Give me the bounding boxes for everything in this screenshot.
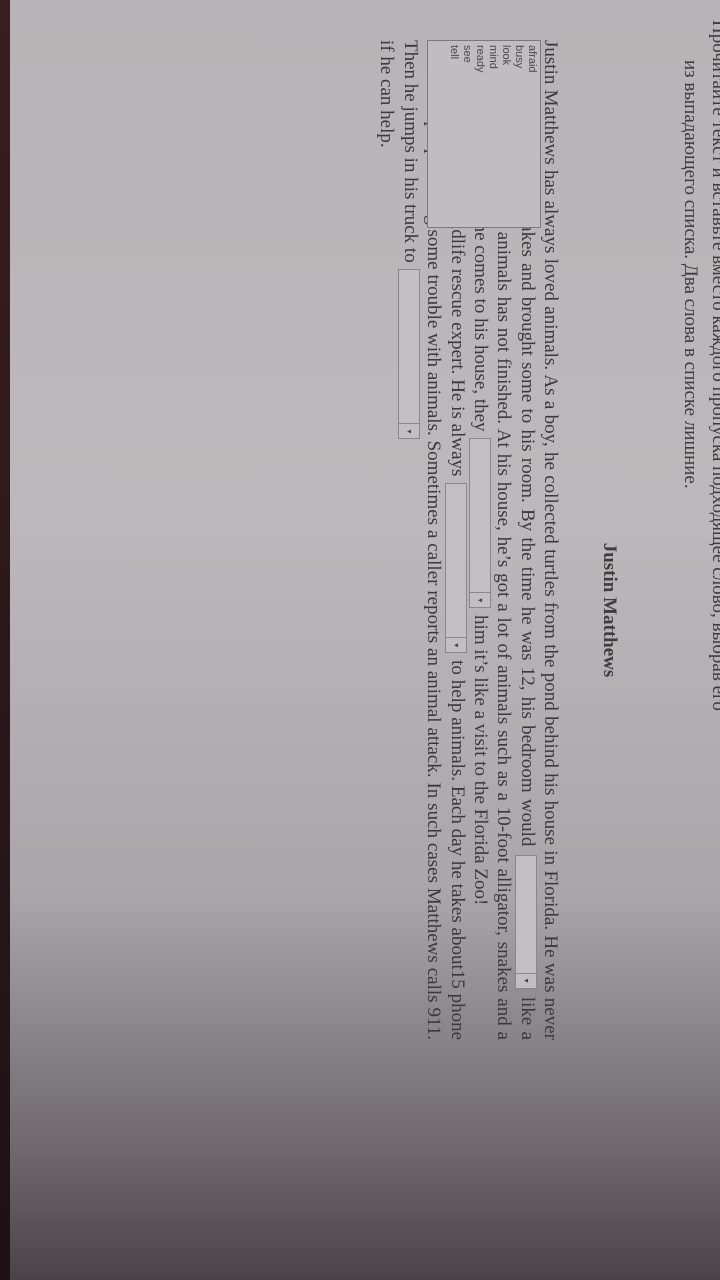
instructions-line-2: из выпадающего списка. Два слова в списк… [676, 60, 704, 1260]
gap-4-select[interactable]: ▾ [445, 483, 467, 653]
chevron-down-icon[interactable]: ▾ [399, 423, 419, 438]
dropdown-option[interactable]: see [460, 45, 473, 223]
dropdown-option[interactable]: look [499, 45, 512, 223]
exercise-page: Прочитайте текст и вставьте вместо каждо… [10, 0, 720, 1280]
gap-3-select[interactable]: ▾ [469, 438, 491, 608]
dropdown-options-list[interactable]: afraid busy look mind ready see tell [427, 40, 541, 228]
dropdown-option[interactable]: mind [486, 45, 499, 223]
gap-2-select[interactable]: ▾ [515, 855, 537, 989]
chevron-down-icon[interactable]: ▾ [470, 592, 490, 607]
dropdown-option[interactable]: busy [512, 45, 525, 223]
dropdown-option[interactable]: tell [447, 45, 460, 223]
dropdown-option[interactable]: afraid [525, 45, 538, 223]
chevron-down-icon[interactable]: ▾ [516, 973, 536, 988]
chevron-down-icon[interactable]: ▾ [446, 637, 466, 652]
page-title: Justin Matthews [598, 0, 620, 1280]
dropdown-option[interactable]: ready [473, 45, 486, 223]
gap-5-select[interactable]: ▾ [398, 269, 420, 439]
instructions-line-1: Прочитайте текст и вставьте вместо каждо… [704, 20, 720, 1260]
instructions: Прочитайте текст и вставьте вместо каждо… [676, 60, 716, 1260]
passage: Justin Matthews has always loved animals… [375, 40, 562, 1040]
photo-edge [0, 0, 10, 1280]
